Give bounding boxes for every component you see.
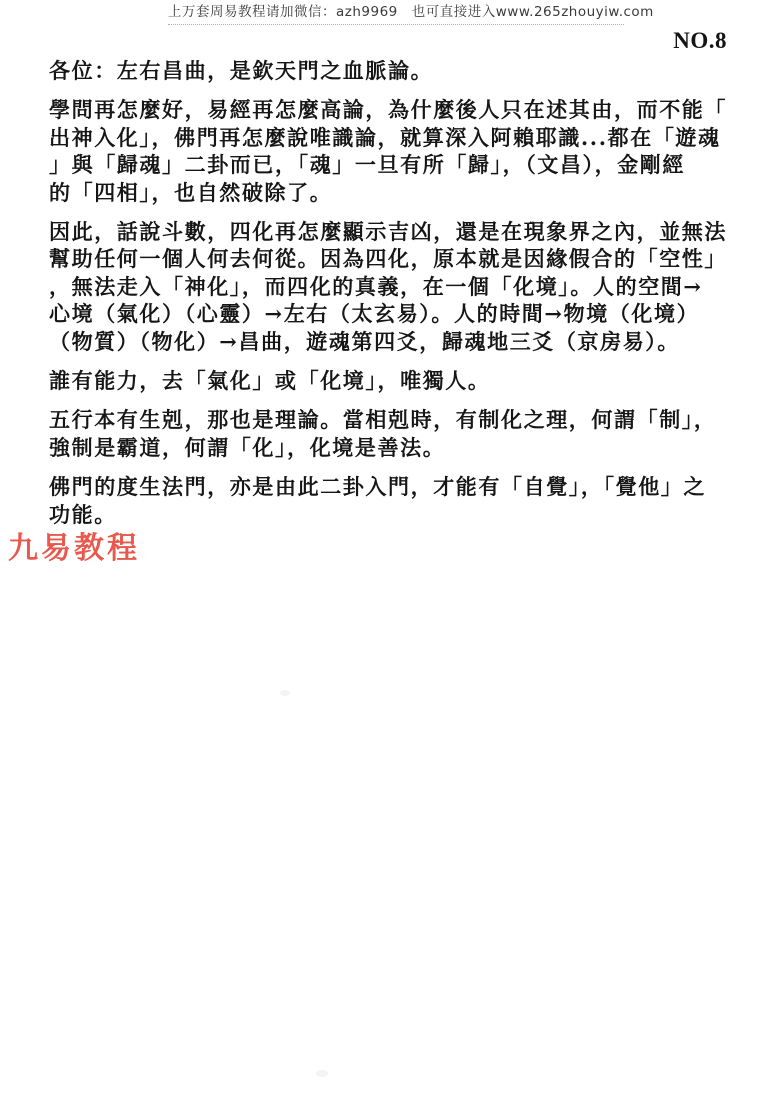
- text-line: 誰有能力，去「氣化」或「化境」，唯獨人。: [49, 367, 727, 394]
- text-line: 佛門的度生法門，亦是由此二卦入門，才能有「自覺」，「覺他」之: [49, 473, 727, 500]
- document-body: 各位：左右昌曲，是欽天門之血脈論。學問再怎麼好，易經再怎麼高論，為什麼後人只在述…: [49, 57, 727, 540]
- paragraph: 佛門的度生法門，亦是由此二卦入門，才能有「自覺」，「覺他」之功能。: [49, 473, 727, 528]
- text-line: 心境（氣化）（心靈）→左右（太玄易）。人的時間→物境（化境）: [49, 300, 727, 327]
- text-line: 的「四相」，也自然破除了。: [49, 179, 727, 206]
- text-line: 功能。: [49, 501, 727, 528]
- watermark-text: 九易教程: [8, 532, 140, 566]
- document-page: 上万套周易教程请加微信：azh9969 也可直接进入www.265zhouyiw…: [0, 0, 771, 1098]
- paragraph: 五行本有生剋，那也是理論。當相剋時，有制化之理，何謂「制」，強制是霸道，何謂「化…: [49, 406, 727, 461]
- text-line: （物質）（物化）→昌曲，遊魂第四爻，歸魂地三爻（京房易）。: [49, 328, 727, 355]
- text-line: 出神入化」，佛門再怎麼說唯識論，就算深入阿賴耶識...都在「遊魂: [49, 124, 727, 151]
- header-promo-text: 上万套周易教程请加微信：azh9969 也可直接进入www.265zhouyiw…: [168, 3, 624, 25]
- paragraph: 誰有能力，去「氣化」或「化境」，唯獨人。: [49, 367, 727, 394]
- paragraph: 因此，話說斗數，四化再怎麼顯示吉凶，還是在現象界之內，並無法幫助任何一個人何去何…: [49, 218, 727, 355]
- text-line: 強制是霸道，何謂「化」，化境是善法。: [49, 434, 727, 461]
- text-line: ，無法走入「神化」，而四化的真義，在一個「化境」。人的空間→: [49, 273, 727, 300]
- text-line: 因此，話說斗數，四化再怎麼顯示吉凶，還是在現象界之內，並無法: [49, 218, 727, 245]
- text-line: 五行本有生剋，那也是理論。當相剋時，有制化之理，何謂「制」，: [49, 406, 727, 433]
- page-number: NO.8: [673, 28, 727, 54]
- scan-artifact: [280, 690, 290, 696]
- paragraph: 學問再怎麼好，易經再怎麼高論，為什麼後人只在述其由，而不能「出神入化」，佛門再怎…: [49, 96, 727, 206]
- scan-artifact: [316, 1070, 328, 1077]
- text-line: 各位：左右昌曲，是欽天門之血脈論。: [49, 57, 727, 84]
- text-line: 」與「歸魂」二卦而已，「魂」一旦有所「歸」，（文昌），金剛經: [49, 151, 727, 178]
- text-line: 幫助任何一個人何去何從。因為四化，原本就是因緣假合的「空性」: [49, 245, 727, 272]
- text-line: 學問再怎麼好，易經再怎麼高論，為什麼後人只在述其由，而不能「: [49, 96, 727, 123]
- paragraph: 各位：左右昌曲，是欽天門之血脈論。: [49, 57, 727, 84]
